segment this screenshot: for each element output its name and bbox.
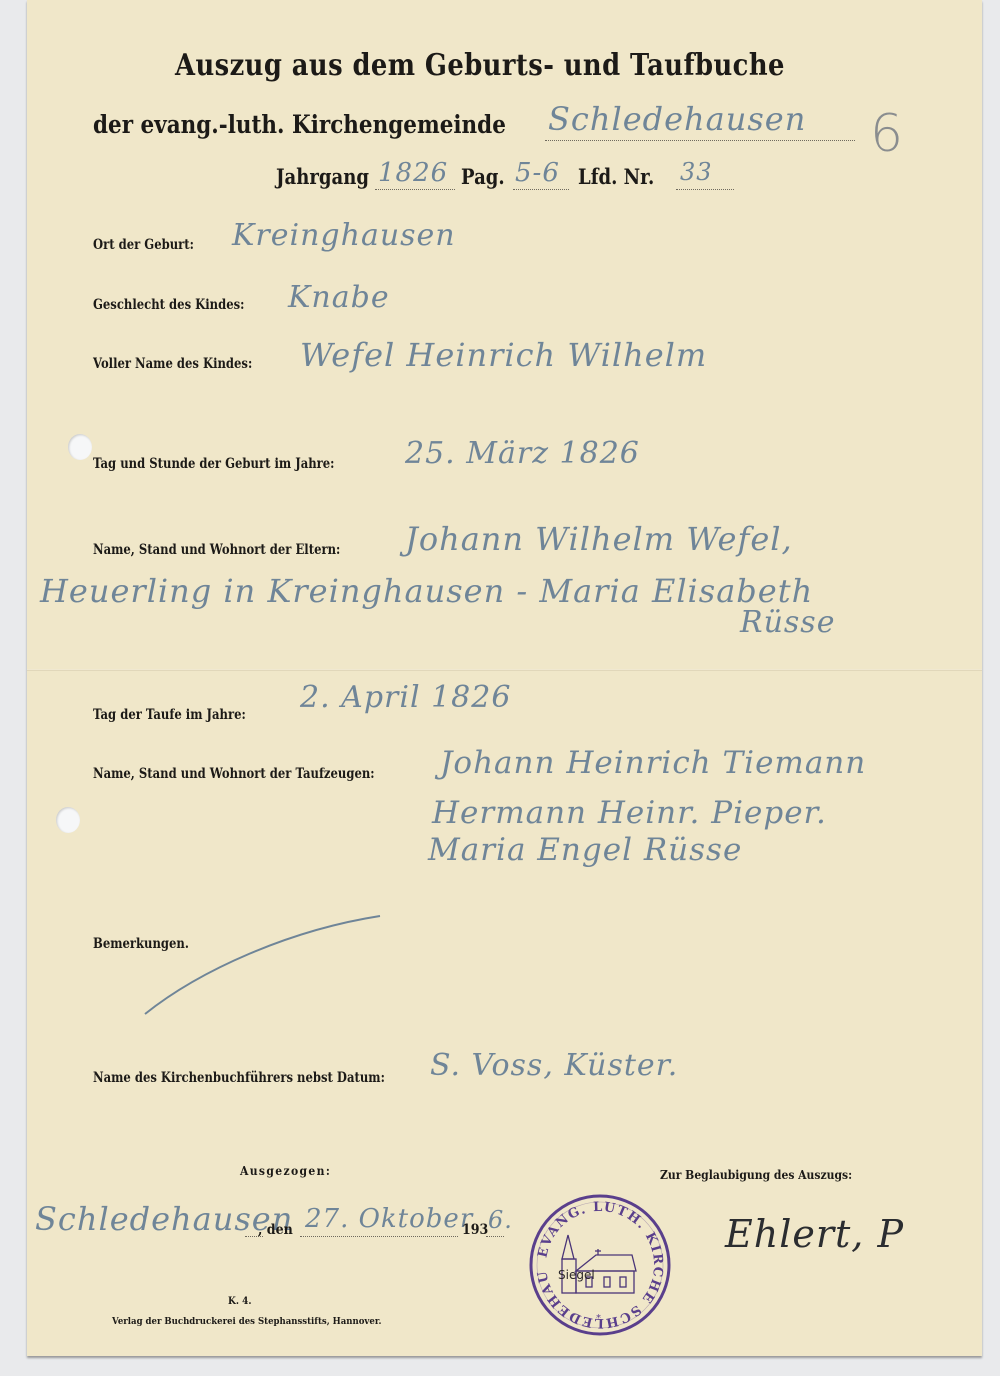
date-dotted-line bbox=[300, 1236, 458, 1237]
parents-label: Name, Stand und Wohnort der Eltern: bbox=[93, 542, 340, 558]
seal-graphic: EVANG. LUTH. KIRCHE SCHLEDEHAUSEN Siegel… bbox=[528, 1193, 672, 1337]
church-icon bbox=[562, 1235, 636, 1293]
baptism-date-label: Tag der Taufe im Jahre: bbox=[93, 707, 246, 723]
birth-date-label: Tag und Stunde der Geburt im Jahre: bbox=[93, 456, 334, 472]
certification-label: Zur Beglaubigung des Auszugs: bbox=[660, 1168, 852, 1182]
page-value: 5-6 bbox=[515, 158, 560, 188]
godparents-line-3: Maria Engel Rüsse bbox=[428, 832, 742, 868]
year-dotted-line bbox=[375, 189, 455, 190]
place-value: Schledehausen bbox=[35, 1200, 293, 1238]
birthplace-value: Kreinghausen bbox=[232, 218, 456, 253]
seal-overprint: Siegel bbox=[558, 1268, 595, 1282]
registrar-label: Name des Kirchenbuchführers nebst Datum: bbox=[93, 1070, 385, 1086]
birth-date-value: 25. März 1826 bbox=[405, 436, 640, 471]
birthplace-label: Ort der Geburt: bbox=[93, 237, 194, 253]
remarks-strike-line bbox=[140, 910, 390, 1020]
sex-value: Knabe bbox=[288, 280, 390, 315]
full-name-value: Wefel Heinrich Wilhelm bbox=[300, 336, 707, 374]
punch-hole-bottom bbox=[56, 807, 80, 833]
baptism-date-value: 2. April 1826 bbox=[300, 680, 511, 715]
date-value: 27. Oktober bbox=[305, 1204, 473, 1234]
page-dotted-line bbox=[513, 189, 569, 190]
year-label: Jahrgang bbox=[276, 164, 369, 189]
form-number: K. 4. bbox=[228, 1296, 251, 1307]
year-prefix: 193 bbox=[462, 1222, 488, 1238]
year-suffix: 6. bbox=[488, 1206, 513, 1234]
page-label: Pag. bbox=[461, 164, 505, 189]
publisher-line: Verlag der Buchdruckerei des Stephanssti… bbox=[112, 1316, 382, 1327]
godparents-line-2: Hermann Heinr. Pieper. bbox=[432, 795, 827, 831]
fold-line bbox=[27, 669, 982, 671]
church-seal: EVANG. LUTH. KIRCHE SCHLEDEHAUSEN Siegel… bbox=[528, 1193, 672, 1337]
congregation-dotted-line bbox=[545, 140, 855, 141]
parents-line-1: Johann Wilhelm Wefel, bbox=[405, 520, 793, 558]
entry-value: 33 bbox=[680, 158, 713, 186]
congregation-label: der evang.-luth. Kirchengemeinde bbox=[93, 110, 506, 139]
sex-label: Geschlecht des Kindes: bbox=[93, 297, 244, 313]
year-dotted-line-footer bbox=[486, 1236, 504, 1237]
certificate-paper bbox=[27, 0, 982, 1356]
parents-line-2: Heuerling in Kreinghausen - Maria Elisab… bbox=[40, 572, 813, 610]
signature: Ehlert, P bbox=[725, 1212, 904, 1256]
seal-star: * bbox=[596, 1313, 601, 1324]
punch-hole-top bbox=[68, 434, 92, 460]
year-value: 1826 bbox=[378, 158, 448, 188]
godparents-label: Name, Stand und Wohnort der Taufzeugen: bbox=[93, 766, 375, 782]
margin-number: 6 bbox=[870, 104, 904, 164]
congregation-value: Schledehausen bbox=[548, 100, 806, 138]
den-label: , den bbox=[258, 1222, 293, 1238]
parents-line-3: Rüsse bbox=[740, 605, 835, 640]
entry-dotted-line bbox=[676, 189, 734, 190]
registrar-value: S. Voss, Küster. bbox=[430, 1048, 678, 1083]
extracted-label: Ausgezogen: bbox=[240, 1164, 331, 1178]
entry-label: Lfd. Nr. bbox=[578, 164, 654, 189]
godparents-line-1: Johann Heinrich Tiemann bbox=[440, 745, 866, 781]
document-title: Auszug aus dem Geburts- und Taufbuche bbox=[175, 48, 785, 83]
full-name-label: Voller Name des Kindes: bbox=[93, 356, 252, 372]
